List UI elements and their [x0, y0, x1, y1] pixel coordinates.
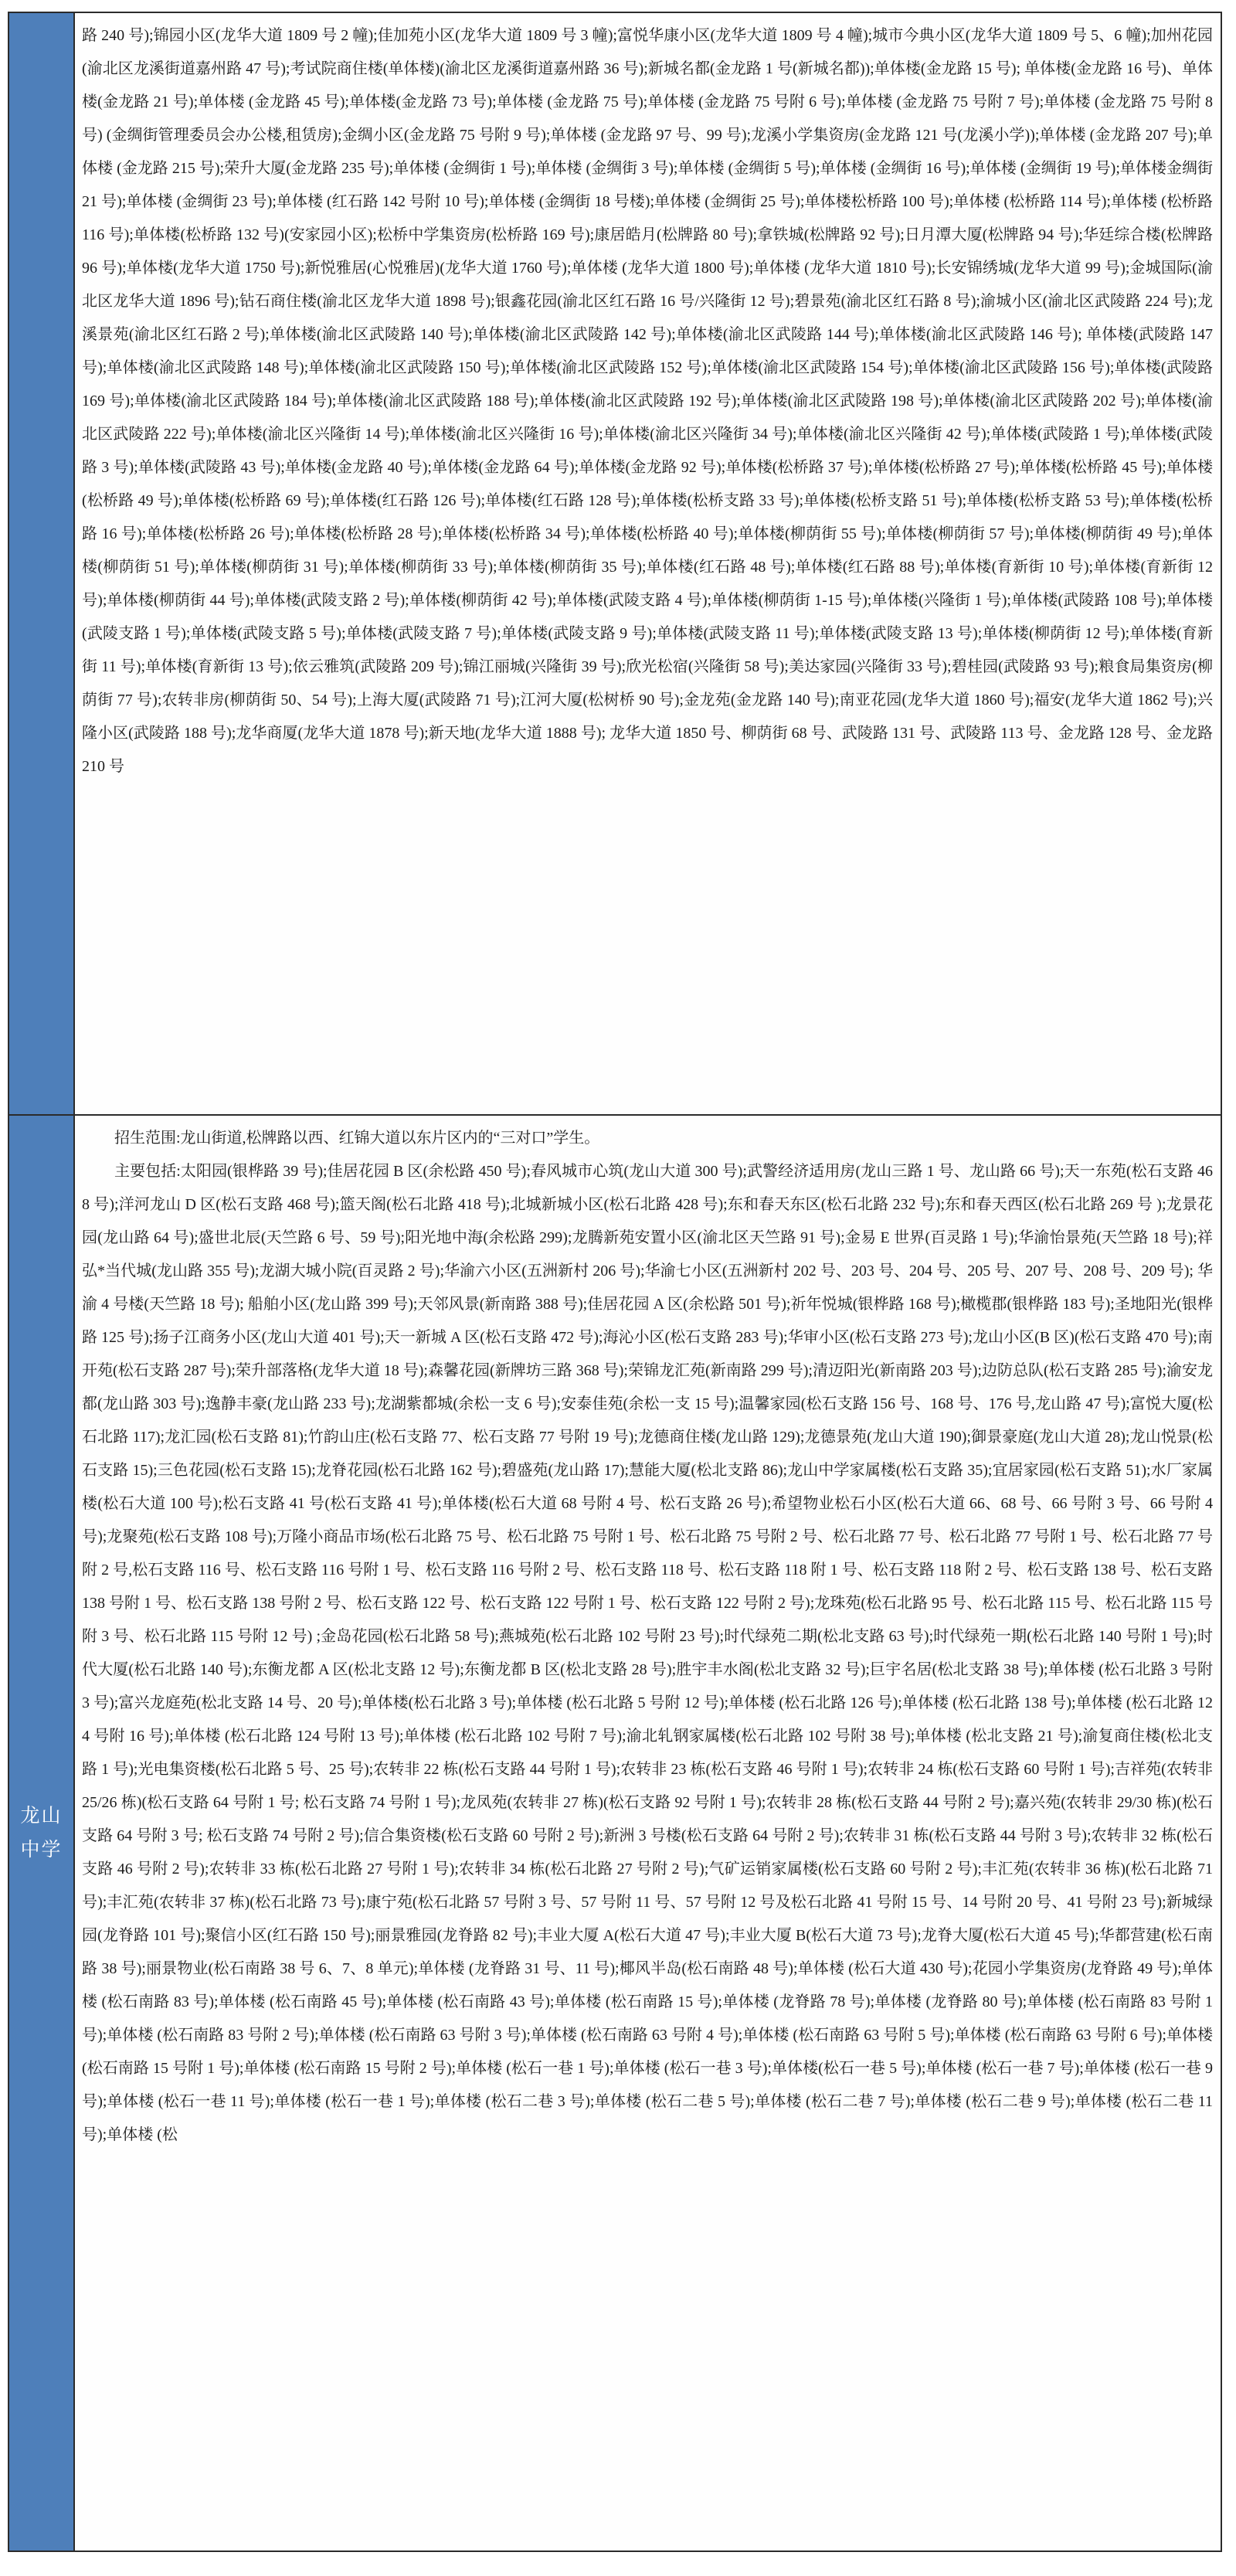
document-page: { "table": { "accent_color": "#4e7fba", …	[0, 0, 1236, 2576]
school-name-cell: 龙山 中学	[9, 1116, 75, 2551]
table-row: 路 240 号);锦园小区(龙华大道 1809 号 2 幢);佳加苑小区(龙华大…	[9, 13, 1221, 1116]
school-name-line: 中学	[20, 1833, 62, 1867]
address-list-cell: 路 240 号);锦园小区(龙华大道 1809 号 2 幢);佳加苑小区(龙华大…	[75, 13, 1221, 1114]
address-list-cell: 招生范围:龙山街道,松牌路以西、红锦大道以东片区内的“三对口”学生。 主要包括:…	[75, 1116, 1221, 2551]
enrollment-scope-paragraph: 招生范围:龙山街道,松牌路以西、红锦大道以东片区内的“三对口”学生。	[82, 1122, 1213, 1155]
school-name-line: 龙山	[20, 1799, 62, 1833]
address-list-paragraph: 路 240 号);锦园小区(龙华大道 1809 号 2 幢);佳加苑小区(龙华大…	[82, 19, 1213, 783]
school-name-cell	[9, 13, 75, 1114]
table-row: 龙山 中学 招生范围:龙山街道,松牌路以西、红锦大道以东片区内的“三对口”学生。…	[9, 1116, 1221, 2551]
enrollment-table: 路 240 号);锦园小区(龙华大道 1809 号 2 幢);佳加苑小区(龙华大…	[8, 12, 1222, 2552]
address-list-paragraph: 主要包括:太阳园(银桦路 39 号);佳居花园 B 区(余松路 450 号);春…	[82, 1155, 1213, 2152]
